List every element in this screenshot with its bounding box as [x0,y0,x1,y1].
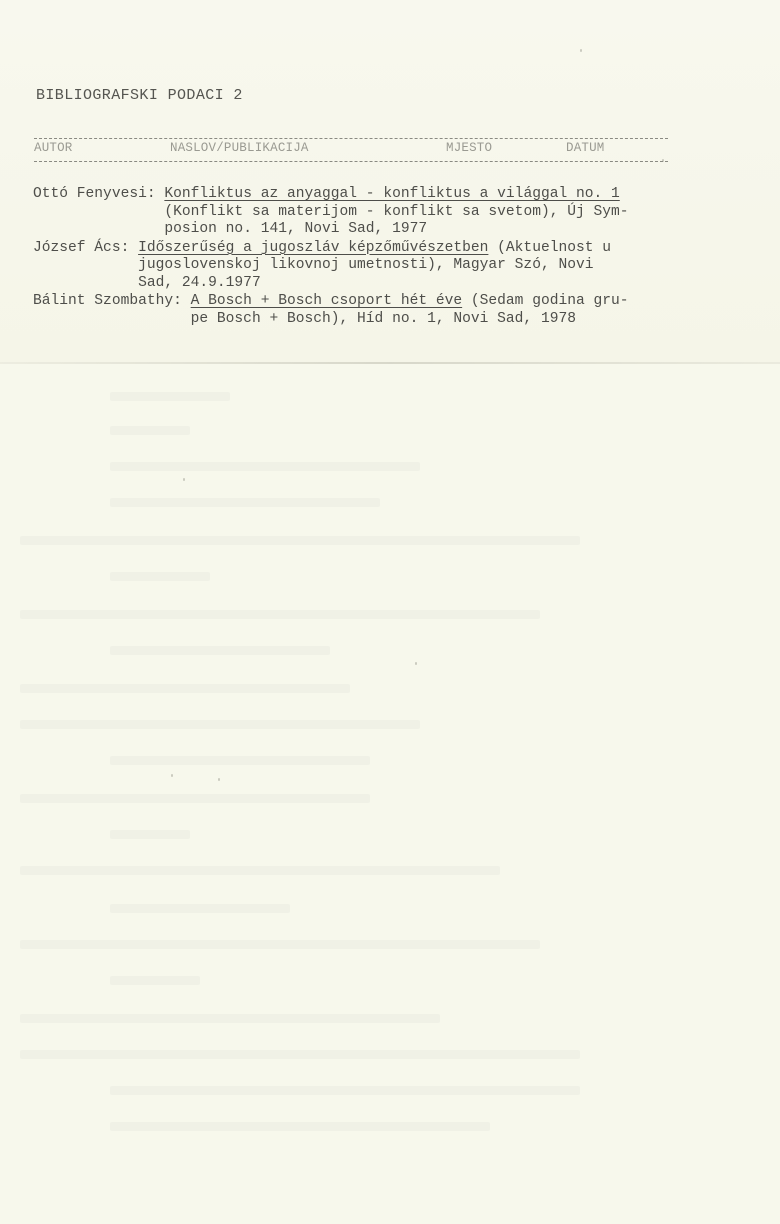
entry-line: posion no. 141, Novi Sad, 1977 [33,221,763,239]
entry-line: Sad, 24.9.1977 [33,275,763,293]
entry-publication: pe Bosch + Bosch), Híd no. 1, Novi Sad, … [191,311,576,327]
reverse-side-show-through [0,364,780,1224]
entry-title: Időszerűség a jugoszláv képzőművészetben [138,240,488,256]
column-mjesto: MJESTO [446,141,492,155]
entry-publication: (Aktuelnost u [488,240,611,256]
document-title: BIBLIOGRAFSKI PODACI 2 [36,87,243,104]
entry-line: Bálint Szombathy: A Bosch + Bosch csopor… [33,293,763,311]
entry-line: pe Bosch + Bosch), Híd no. 1, Novi Sad, … [33,311,763,329]
entry-publication: jugoslovenskoj likovnoj umetnosti), Magy… [138,257,593,273]
entry-publication: (Konflikt sa materijom - konflikt sa sve… [164,204,628,220]
entry-publication: (Sedam godina gru- [462,293,628,309]
column-datum: DATUM [566,141,605,155]
entry-publication: posion no. 141, Novi Sad, 1977 [164,221,427,237]
column-header-row: AUTOR NASLOV/PUBLIKACIJA MJESTO DATUM [34,138,668,162]
column-naslov-publikacija: NASLOV/PUBLIKACIJA [170,141,309,155]
bibliography-entry: Ottó Fenyvesi: Konfliktus az anyaggal - … [33,186,763,239]
entry-author: József Ács: [33,240,138,256]
column-autor: AUTOR [34,141,73,155]
bibliography-entry: József Ács: Időszerűség a jugoszláv képz… [33,240,763,293]
entry-line: József Ács: Időszerűség a jugoszláv képz… [33,240,763,258]
bibliography-entries: Ottó Fenyvesi: Konfliktus az anyaggal - … [33,186,763,328]
entry-line: (Konflikt sa materijom - konflikt sa sve… [33,204,763,222]
paper-speck [580,49,582,52]
entry-author: Ottó Fenyvesi: [33,186,164,202]
entry-publication: Sad, 24.9.1977 [138,275,261,291]
entry-line: Ottó Fenyvesi: Konfliktus az anyaggal - … [33,186,763,204]
entry-author: Bálint Szombathy: [33,293,191,309]
bibliography-entry: Bálint Szombathy: A Bosch + Bosch csopor… [33,293,763,328]
entry-title: A Bosch + Bosch csoport hét éve [191,293,463,309]
entry-title: Konfliktus az anyaggal - konfliktus a vi… [164,186,619,202]
entry-line: jugoslovenskoj likovnoj umetnosti), Magy… [33,257,763,275]
